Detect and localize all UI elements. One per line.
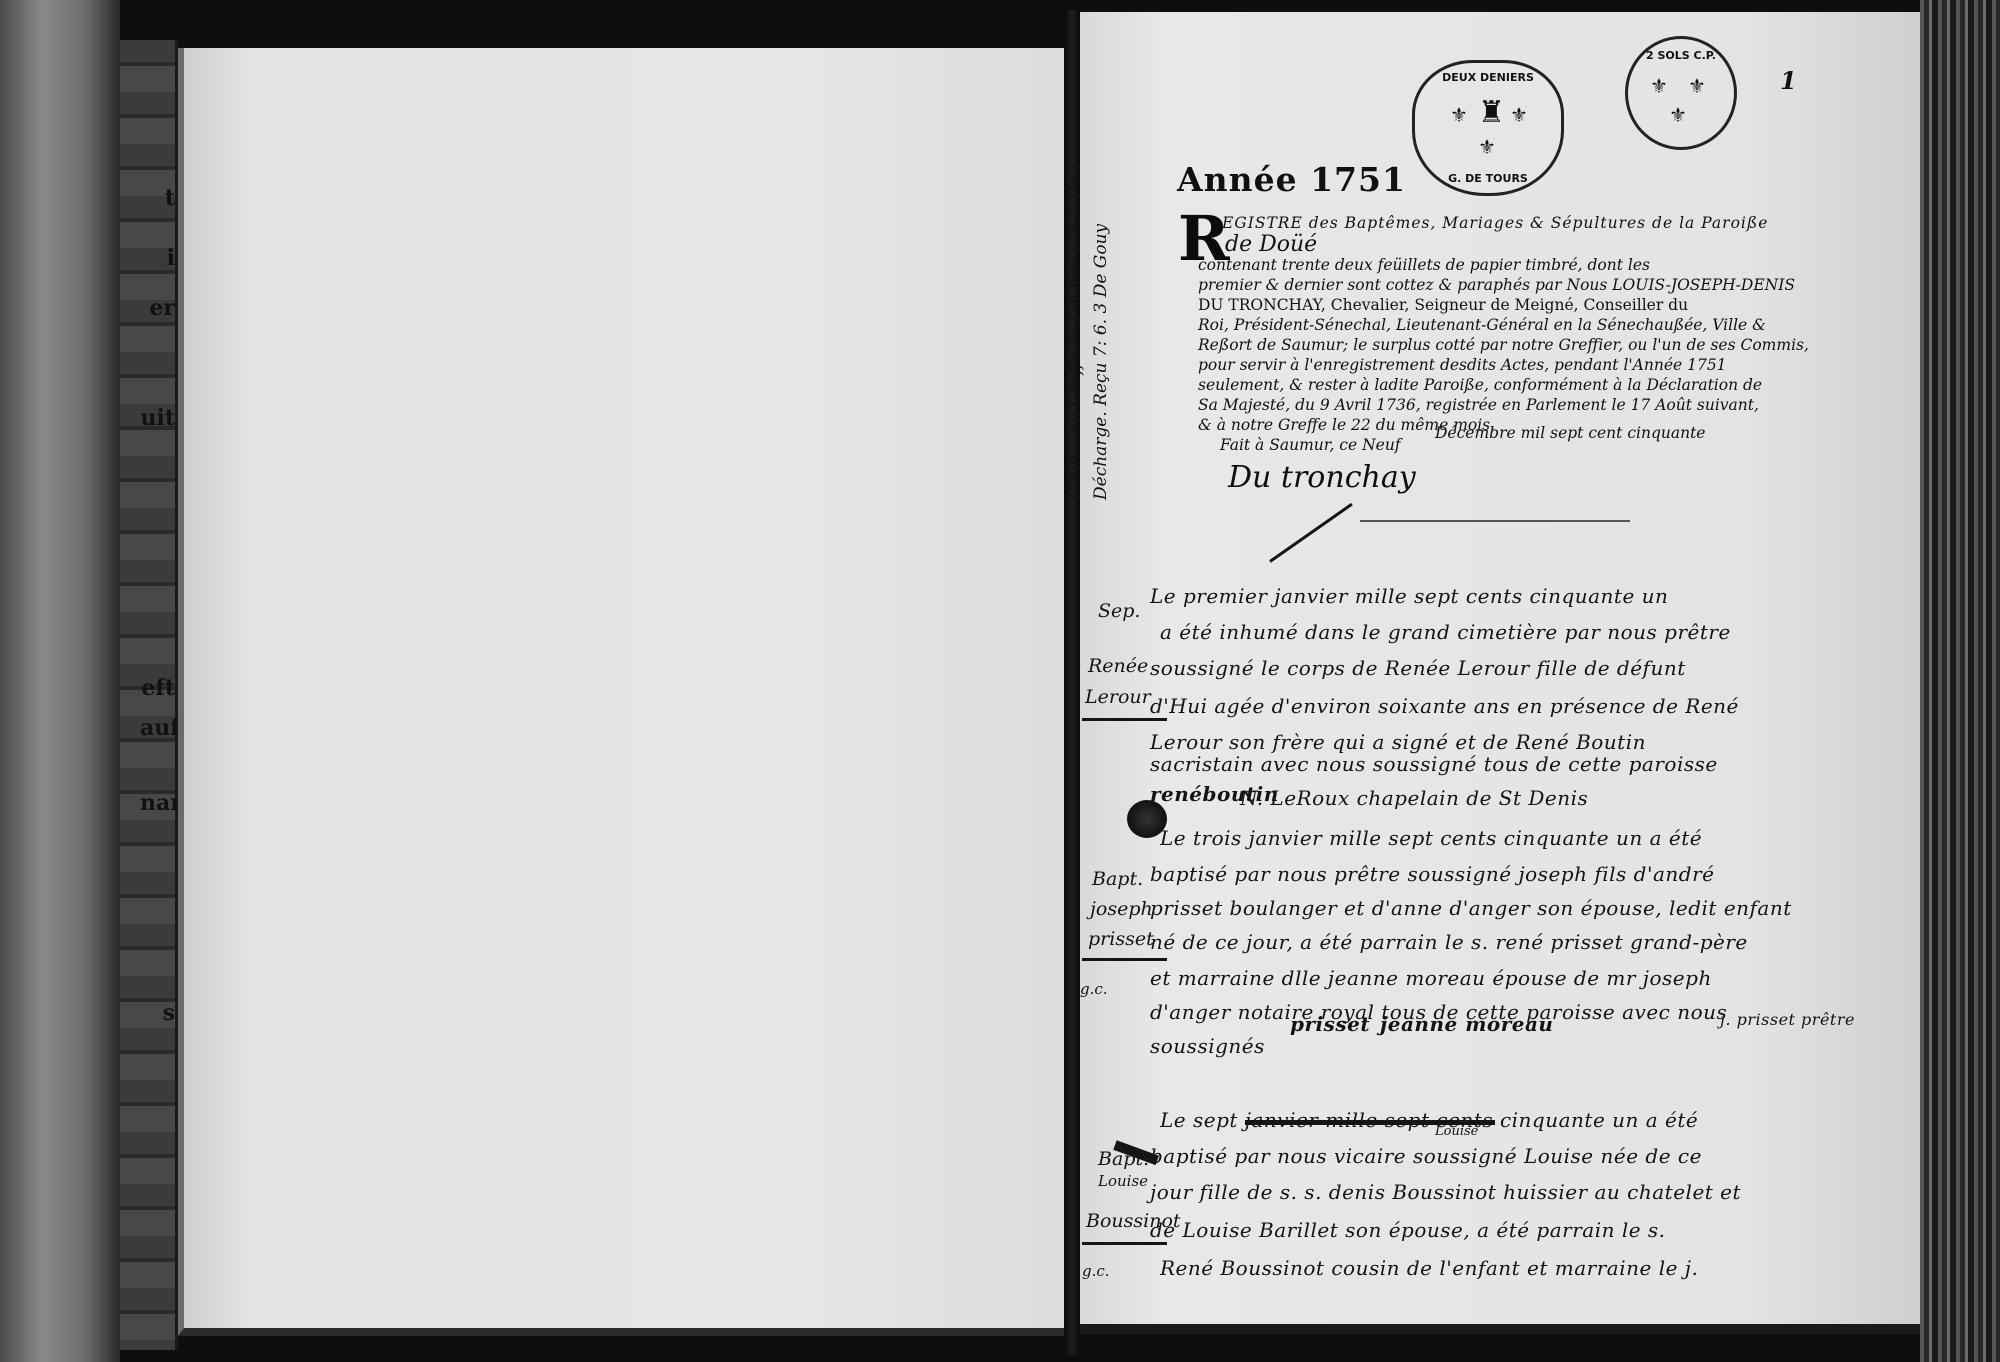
spine-fragment: i <box>140 245 175 271</box>
ruled-line <box>1360 520 1630 522</box>
fleur-de-lis-icon: ⚜ <box>1450 103 1468 127</box>
entry-line: soussigné le corps de Renée Lerour fille… <box>1150 656 1686 680</box>
printed-line: Reßort de Saumur; le surplus cotté par n… <box>1198 336 1809 354</box>
entry-margin-surname: prisset <box>1088 928 1154 950</box>
entry-line: René Boussinot cousin de l'enfant et mar… <box>1160 1256 1698 1280</box>
entry-line: jour fille de s. s. denis Boussinot huis… <box>1150 1180 1741 1204</box>
entry-margin-surname: Lerour <box>1085 686 1151 708</box>
margin-underline <box>1082 718 1167 721</box>
stamp-ring-text: 2 SOLS C.P. <box>1628 49 1734 62</box>
register-year-title: Année 1751 <box>1177 160 1406 199</box>
stamp-bottom-text: G. DE TOURS <box>1415 172 1561 185</box>
tours-tax-stamp: DEUX DENIERS ⚜ ♜ ⚜ ⚜ G. DE TOURS <box>1412 60 1564 196</box>
entry-line: Lerour son frère qui a signé et de René … <box>1150 730 1646 754</box>
fleur-de-lis-icon: ⚜ <box>1510 103 1528 127</box>
entry-margin-name: Renée <box>1088 655 1148 677</box>
entry-line: d'Hui agée d'environ soixante ans en pré… <box>1150 694 1739 718</box>
printed-line: Roi, Président-Sénechal, Lieutenant-Géné… <box>1198 316 1766 334</box>
entry-margin-label: Sep. <box>1098 600 1140 622</box>
entry-line: de Louise Barillet son épouse, a été par… <box>1150 1218 1666 1242</box>
vertical-note-line: Décharge. Reçu 7: 6. 3 De Gouy <box>1088 165 1114 500</box>
stamp-top-text: DEUX DENIERS <box>1415 71 1561 84</box>
spine-fragment: eft <box>140 675 175 701</box>
priest-signature: j. prisset prêtre <box>1720 1010 1855 1029</box>
entry-line: né de ce jour, a été parrain le s. rené … <box>1150 930 1748 954</box>
margin-underline <box>1082 958 1167 961</box>
spine-fragment: t <box>140 185 175 211</box>
fait-line: Fait à Saumur, ce Neuf <box>1220 436 1401 454</box>
printed-line: contenant trente deux feüillets de papie… <box>1198 256 1650 274</box>
fleur-de-lis-icon: ⚜ <box>1669 103 1687 127</box>
entry-signature: jeanne moreau <box>1380 1012 1553 1036</box>
entry-signature: prisset <box>1290 1012 1370 1036</box>
entry-margin-label: Bapt. <box>1098 1148 1149 1170</box>
entry-line: soussignés <box>1150 1034 1265 1058</box>
entry-line: Le trois janvier mille sept cents cinqua… <box>1160 826 1702 850</box>
entry-line: prisset boulanger et d'anne d'anger son … <box>1150 896 1792 920</box>
seneschal-signature: Du tronchay <box>1228 460 1416 495</box>
entry-line: baptisé par nous vicaire soussigné Louis… <box>1150 1144 1702 1168</box>
spine-fragment: er <box>140 295 175 321</box>
spine-fragment: uit <box>140 405 175 431</box>
margin-underline <box>1082 1242 1167 1245</box>
entry-signature: N. LeRoux chapelain de St Denis <box>1240 786 1588 810</box>
entry-line: baptisé par nous prêtre soussigné joseph… <box>1150 862 1714 886</box>
page-edges <box>1920 0 2000 1362</box>
entry-line: et marraine dlle jeanne moreau épouse de… <box>1150 966 1712 990</box>
left-page-blank <box>178 48 1070 1336</box>
spine-fragment: auf <box>140 715 175 741</box>
entry-line: a été inhumé dans le grand cimetière par… <box>1160 620 1731 644</box>
fleur-de-lis-icon: ⚜ <box>1688 74 1706 98</box>
parish-name: de Doüé <box>1225 232 1317 257</box>
spine-fragment: nar <box>140 790 175 816</box>
entry-margin-name: Louise <box>1098 1172 1148 1190</box>
entry-line: sacristain avec nous soussigné tous de c… <box>1150 752 1718 776</box>
fleur-de-lis-icon: ⚜ <box>1478 135 1496 159</box>
printed-line: seulement, & rester à ladite Paroiße, co… <box>1198 376 1762 394</box>
margin-vertical-note: D'hui... au Greffe le 2 m.bre 1752. Dou … <box>1062 165 1114 500</box>
printed-line: EGISTRE des Baptêmes, Mariages & Sépultu… <box>1222 214 1768 232</box>
inserted-word: Louise <box>1435 1124 1478 1139</box>
printed-line: Sa Majesté, du 9 Avril 1736, registrée e… <box>1198 396 1759 414</box>
entry-margin-note: g.c. <box>1080 980 1108 998</box>
vertical-note-line: D'hui... au Greffe le 2 m.bre 1752. Dou <box>1062 165 1088 500</box>
printed-line: DU TRONCHAY, Chevalier, Seigneur de Meig… <box>1198 296 1688 314</box>
spine-fragment: s <box>140 1000 175 1026</box>
castle-icon: ♜ <box>1478 95 1505 130</box>
printed-line: premier & dernier sont cottez & paraphés… <box>1198 276 1795 294</box>
sols-tax-stamp: 2 SOLS C.P. ⚜ ⚜ ⚜ <box>1625 36 1737 150</box>
fleur-de-lis-icon: ⚜ <box>1650 74 1668 98</box>
entry-line: Le premier janvier mille sept cents cinq… <box>1150 584 1668 608</box>
scanner-backdrop <box>0 0 120 1362</box>
printed-line: pour servir à l'enregistrement desdits A… <box>1198 356 1727 374</box>
date-line: Décembre mil sept cent cinquante <box>1435 424 1705 442</box>
entry-margin-note: g.c. <box>1082 1262 1110 1280</box>
folio-number: 1 <box>1780 66 1797 95</box>
entry-margin-name: joseph <box>1090 898 1153 920</box>
entry-margin-label: Bapt. <box>1092 868 1143 890</box>
